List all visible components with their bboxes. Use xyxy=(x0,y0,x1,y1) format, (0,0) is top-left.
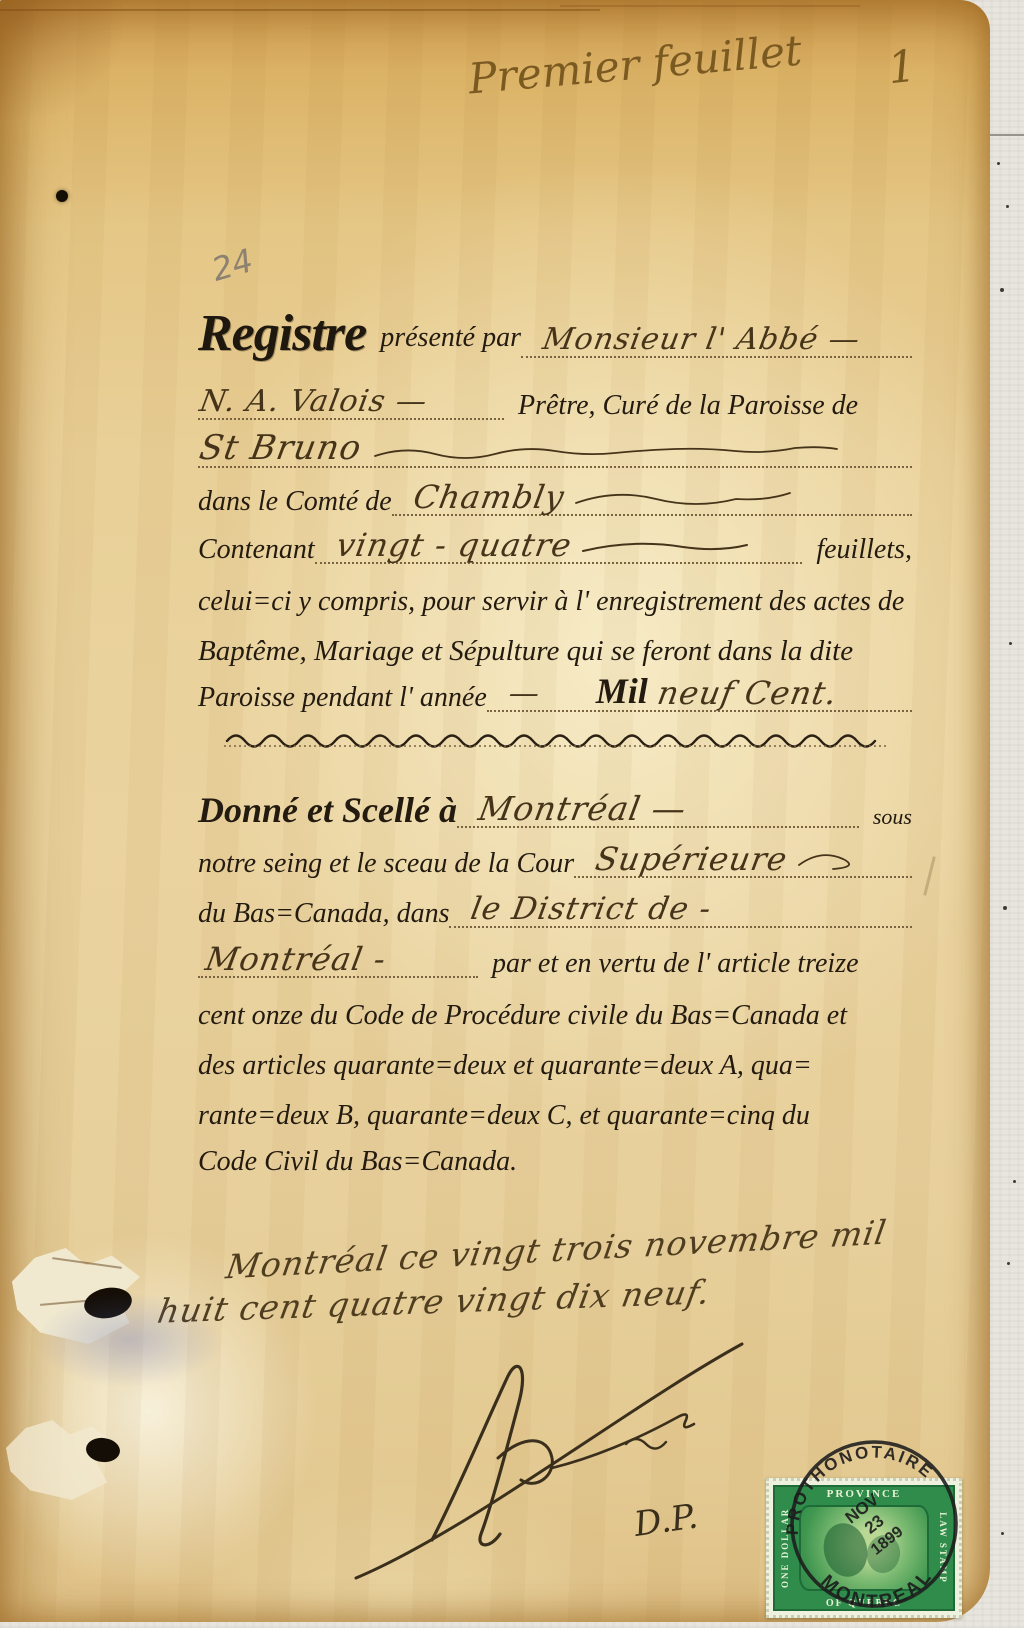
underlying-leaf-edge xyxy=(0,9,600,11)
form-line-annee: Paroisse pendant l' année — Mil neuf Cen… xyxy=(198,666,912,712)
form-line-rante: rante=deux B, quarante=deux C, et quaran… xyxy=(198,1084,912,1130)
registre-word: Registre xyxy=(198,311,366,358)
form-line-bapteme: Baptême, Mariage et Sépulture qui se fer… xyxy=(198,620,912,666)
fill-paroisse: St Bruno xyxy=(198,431,912,468)
cent-onze-text: cent onze du Code de Procédure civile du… xyxy=(198,1002,847,1030)
fill-valois-text: N. A. Valois — xyxy=(197,387,429,417)
background-speck xyxy=(1013,1180,1016,1183)
form-line-nom: N. A. Valois — Prêtre, Curé de la Parois… xyxy=(198,374,912,420)
celui-ci-text: celui=ci y compris, pour servir à l' enr… xyxy=(198,588,904,616)
pen-flourish xyxy=(574,491,794,509)
cancel-mark: PROTHONOTAIRE MONTREAL NOV 23 1899 xyxy=(758,1418,990,1628)
form-line-donne: Donné et Scellé à Montréal — sous xyxy=(198,772,912,828)
form-line-cent-onze: cent onze du Code de Procédure civile du… xyxy=(198,984,912,1030)
articles-text: des articles quarante=deux et quarante=d… xyxy=(198,1052,812,1080)
signature-title: D.P. xyxy=(631,1496,701,1545)
fill-cour-text: Supérieure xyxy=(593,843,790,875)
form-line-district2: Montréal - par et en vertu de l' article… xyxy=(198,932,912,978)
page-number: 1 xyxy=(885,41,918,95)
rante-text: rante=deux B, quarante=deux C, et quaran… xyxy=(198,1102,810,1130)
pen-flourish xyxy=(371,443,841,461)
bapteme-text: Baptême, Mariage et Sépulture qui se fer… xyxy=(198,637,853,666)
form-line-feuillets: Contenant vingt - quatre feuillets, xyxy=(198,518,912,564)
cancel-arc-bottom-text: MONTREAL xyxy=(816,1565,937,1612)
donne-et-scelle-label: Donné et Scellé à xyxy=(198,792,457,828)
fill-lieu: Montréal — xyxy=(457,792,859,828)
wavy-separator xyxy=(224,726,892,752)
pretre-cure-label: Prêtre, Curé de la Paroisse de xyxy=(518,392,858,420)
fill-annee: — Mil neuf Cent. xyxy=(487,673,912,712)
background-speck xyxy=(1007,1262,1010,1265)
form-line-celui-ci: celui=ci y compris, pour servir à l' enr… xyxy=(198,570,912,616)
dans-le-comte-label: dans le Comté de xyxy=(198,488,392,516)
fill-paroisse-text: St Bruno xyxy=(197,431,364,465)
fill-district-text: le District de - xyxy=(469,894,715,925)
punch-hole-top xyxy=(56,190,68,202)
form-line-paroisse: St Bruno xyxy=(198,422,912,468)
form-line-cour: notre seing et le sceau de la Cour Supér… xyxy=(198,832,912,878)
presente-par-label: présenté par xyxy=(380,324,521,358)
fill-comte: Chambly xyxy=(392,481,912,516)
ink-smudge xyxy=(34,1292,224,1388)
form-line-district: du Bas=Canada, dans le District de - xyxy=(198,882,912,928)
code-civil-text: Code Civil du Bas=Canada. xyxy=(198,1148,517,1176)
fill-annee-dash: — xyxy=(506,679,542,709)
fill-district2: Montréal - xyxy=(198,943,478,978)
background-speck xyxy=(1000,288,1004,292)
background-speck xyxy=(1001,1532,1004,1535)
par-et-en-vertu-label: par et en vertu de l' article treize xyxy=(492,950,859,978)
fill-feuillets-text: vingt - quatre xyxy=(334,529,574,561)
form-line-articles: des articles quarante=deux et quarante=d… xyxy=(198,1034,912,1080)
fill-comte-text: Chambly xyxy=(411,481,567,513)
notre-seing-label: notre seing et le sceau de la Cour xyxy=(198,850,574,878)
du-bas-canada-label: du Bas=Canada, dans xyxy=(198,900,449,928)
feuillets-label: feuillets, xyxy=(816,536,912,564)
fill-district2-text: Montréal - xyxy=(203,943,389,975)
background-speck xyxy=(1009,642,1012,645)
fill-monsieur-text: Monsieur l' Abbé — xyxy=(540,325,862,355)
fill-feuillets: vingt - quatre xyxy=(315,529,803,564)
background-speck xyxy=(1006,205,1009,208)
underlying-leaf-edge xyxy=(560,5,860,7)
form-line-registre: Registre présenté par Monsieur l' Abbé — xyxy=(198,296,912,358)
paroisse-pendant-label: Paroisse pendant l' année xyxy=(198,684,487,712)
form-line-code-civil: Code Civil du Bas=Canada. xyxy=(198,1130,912,1176)
pen-flourish xyxy=(797,853,867,871)
sous-label: sous xyxy=(873,806,912,828)
svg-text:MONTREAL: MONTREAL xyxy=(816,1565,937,1612)
fill-annee-text: neuf Cent. xyxy=(655,677,840,709)
background-speck xyxy=(997,162,1000,165)
contenant-label: Contenant xyxy=(198,536,315,564)
fill-cour: Supérieure xyxy=(574,843,912,878)
fill-district: le District de - xyxy=(449,894,912,928)
form-line-comte: dans le Comté de Chambly xyxy=(198,470,912,516)
signature-scribble: D.P. xyxy=(340,1318,770,1598)
mil-label: Mil xyxy=(596,673,648,709)
background-seam-line xyxy=(986,134,1024,136)
fill-nom: N. A. Valois — xyxy=(198,387,504,420)
pen-flourish xyxy=(581,541,751,557)
fill-lieu-text: Montréal — xyxy=(476,792,689,825)
fill-presente-par: Monsieur l' Abbé — xyxy=(521,325,912,358)
background-speck xyxy=(1003,906,1007,910)
